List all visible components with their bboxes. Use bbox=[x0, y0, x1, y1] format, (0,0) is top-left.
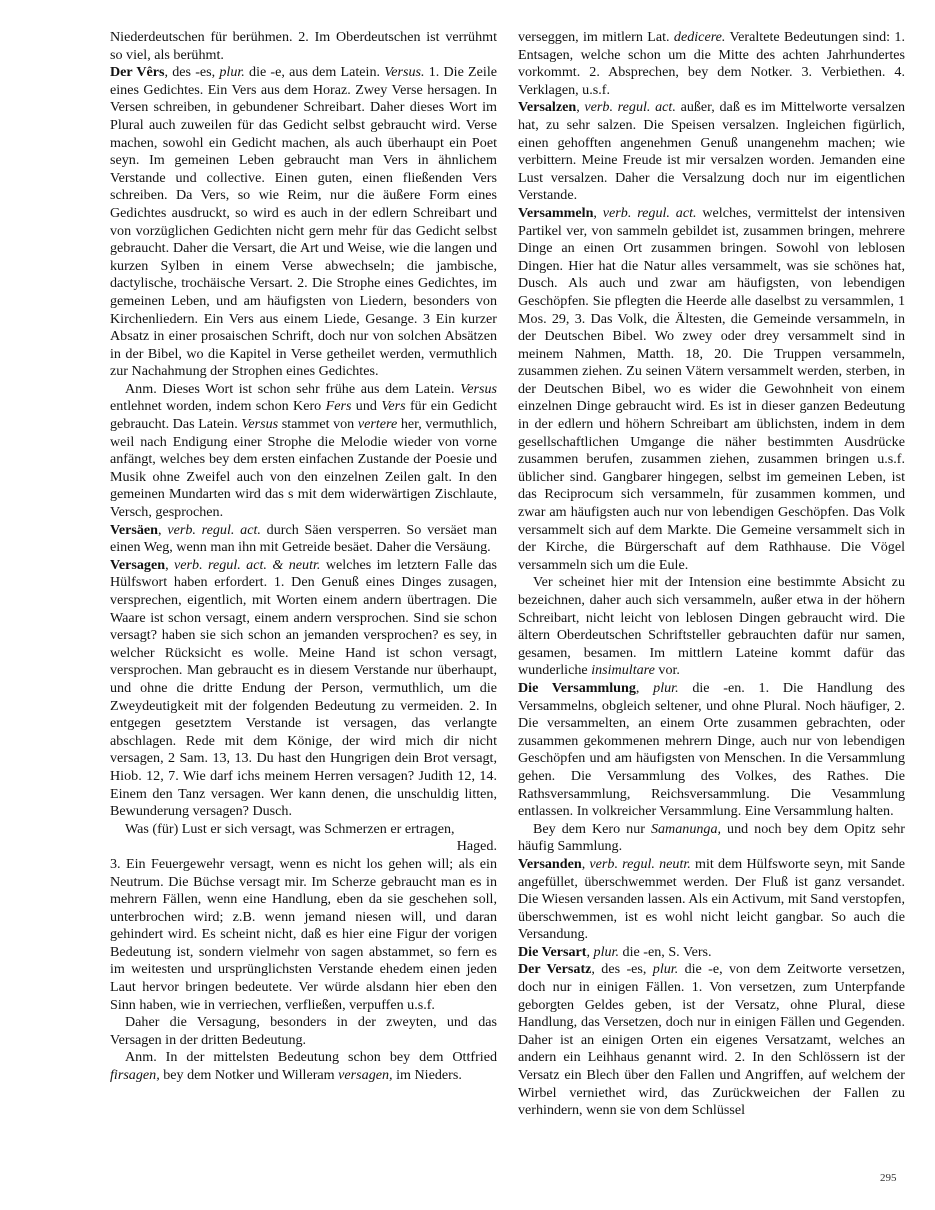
note-text: im Nieders. bbox=[393, 1067, 462, 1083]
note-text: Ver scheinet hier mit der Intension eine… bbox=[518, 574, 905, 678]
entry-text: die -e, aus dem Latein. bbox=[245, 64, 384, 80]
entry-note: Bey dem Kero nur Samanunga, und noch bey… bbox=[518, 821, 905, 856]
entry-vers: Der Vêrs, des -es, plur. die -e, aus dem… bbox=[110, 64, 497, 381]
entry-text: welches im letztern Falle das Hülfswort … bbox=[110, 557, 497, 819]
paragraph-text: verseggen, im mitlern Lat. bbox=[518, 29, 674, 45]
quotation-source: Haged. bbox=[110, 838, 497, 856]
entry-versaeen: Versäen, verb. regul. act. durch Säen ve… bbox=[110, 522, 497, 557]
note-text: bey dem Notker und Willeram bbox=[160, 1067, 338, 1083]
separator: , bbox=[587, 944, 594, 960]
entry-text: die -en. 1. Die Handlung des Versammelns… bbox=[518, 680, 905, 819]
entry-note: Ver scheinet hier mit der Intension eine… bbox=[518, 574, 905, 680]
derived-forms: Daher die Versagung, besonders in der zw… bbox=[110, 1014, 497, 1049]
entry-text: 1. Die Zeile eines Gedichtes. Ein Vers a… bbox=[110, 64, 497, 379]
grammar-label: verb. regul. act. bbox=[603, 205, 697, 221]
left-column: Niederdeutschen für berühmen. 2. Im Ober… bbox=[110, 29, 497, 1085]
note-text: Anm. Dieses Wort ist schon sehr frühe au… bbox=[125, 381, 460, 397]
entry-headword: Versanden bbox=[518, 856, 582, 872]
note-text: vor. bbox=[655, 662, 680, 678]
entry-headword: Die Versammlung bbox=[518, 680, 636, 696]
entry-versagen: Versagen, verb. regul. act. & neutr. wel… bbox=[110, 557, 497, 821]
entry-headword: Versalzen bbox=[518, 99, 576, 115]
entry-text: welches, vermittelst der intensiven Part… bbox=[518, 205, 905, 573]
separator: , bbox=[593, 205, 602, 221]
old-form: firsagen, bbox=[110, 1067, 160, 1083]
continued-paragraph: Niederdeutschen für berühmen. 2. Im Ober… bbox=[110, 29, 497, 64]
latin-term: vertere bbox=[358, 416, 397, 432]
grammar-label: verb. regul. act. & neutr. bbox=[174, 557, 320, 573]
note-text: Anm. In der mittelsten Bedeutung schon b… bbox=[125, 1049, 497, 1065]
note-text: und bbox=[351, 398, 381, 414]
entry-text: die -en, S. Vers. bbox=[619, 944, 712, 960]
entry-versammlung: Die Versammlung, plur. die -en. 1. Die H… bbox=[518, 680, 905, 821]
entry-headword: Der Versatz bbox=[518, 961, 591, 977]
entry-versammeln: Versammeln, verb. regul. act. welches, v… bbox=[518, 205, 905, 574]
entry-note: Anm. Dieses Wort ist schon sehr frühe au… bbox=[110, 381, 497, 522]
grammar-label: plur. bbox=[653, 961, 678, 977]
old-form: Fers bbox=[326, 398, 352, 414]
entry-headword: Der Vêrs bbox=[110, 64, 165, 80]
entry-headword: Versagen bbox=[110, 557, 165, 573]
grammar-label: plur. bbox=[653, 680, 678, 696]
old-form: Vers bbox=[381, 398, 405, 414]
entry-versanden: Versanden, verb. regul. neutr. mit dem H… bbox=[518, 856, 905, 944]
old-form: Samanunga, bbox=[651, 821, 721, 837]
latin-term: Versus. bbox=[384, 64, 424, 80]
entry-versart: Die Versart, plur. die -en, S. Vers. bbox=[518, 944, 905, 962]
latin-term: insimultare bbox=[591, 662, 655, 678]
latin-term: dedicere. bbox=[674, 29, 726, 45]
entry-versatz: Der Versatz, des -es, plur. die -e, von … bbox=[518, 961, 905, 1119]
entry-text: die -e, von dem Zeitworte versetzen, doc… bbox=[518, 961, 905, 1118]
entry-headword: Versäen bbox=[110, 522, 158, 538]
note-text: entlehnet worden, indem schon Kero bbox=[110, 398, 326, 414]
quotation: Was (für) Lust er sich versagt, was Schm… bbox=[110, 821, 497, 839]
entry-text: , des -es, bbox=[165, 64, 220, 80]
old-form: versagen, bbox=[338, 1067, 392, 1083]
note-text: stammet von bbox=[278, 416, 358, 432]
latin-term: Versus bbox=[460, 381, 497, 397]
separator: , bbox=[165, 557, 174, 573]
entry-note: Anm. In der mittelsten Bedeutung schon b… bbox=[110, 1049, 497, 1084]
grammar-label: verb. regul. act. bbox=[584, 99, 675, 115]
grammar-label: verb. regul. act. bbox=[167, 522, 261, 538]
note-text: Bey dem Kero nur bbox=[533, 821, 651, 837]
entry-headword: Die Versart bbox=[518, 944, 587, 960]
entry-headword: Versammeln bbox=[518, 205, 593, 221]
grammar-label: verb. regul. neutr. bbox=[589, 856, 690, 872]
separator: , bbox=[636, 680, 653, 696]
latin-term: Versus bbox=[241, 416, 278, 432]
entry-text: , des -es, bbox=[591, 961, 652, 977]
separator: , bbox=[158, 522, 167, 538]
paragraph-text: Niederdeutschen für berühmen. 2. Im Ober… bbox=[110, 29, 497, 63]
page-number: 295 bbox=[880, 1172, 897, 1184]
grammar-label: plur. bbox=[219, 64, 244, 80]
entry-versalzen: Versalzen, verb. regul. act. außer, daß … bbox=[518, 99, 905, 205]
right-column: verseggen, im mitlern Lat. dedicere. Ver… bbox=[518, 29, 905, 1120]
grammar-label: plur. bbox=[594, 944, 619, 960]
continued-paragraph: verseggen, im mitlern Lat. dedicere. Ver… bbox=[518, 29, 905, 99]
entry-text: 3. Ein Feuergewehr versagt, wenn es nich… bbox=[110, 856, 497, 1014]
